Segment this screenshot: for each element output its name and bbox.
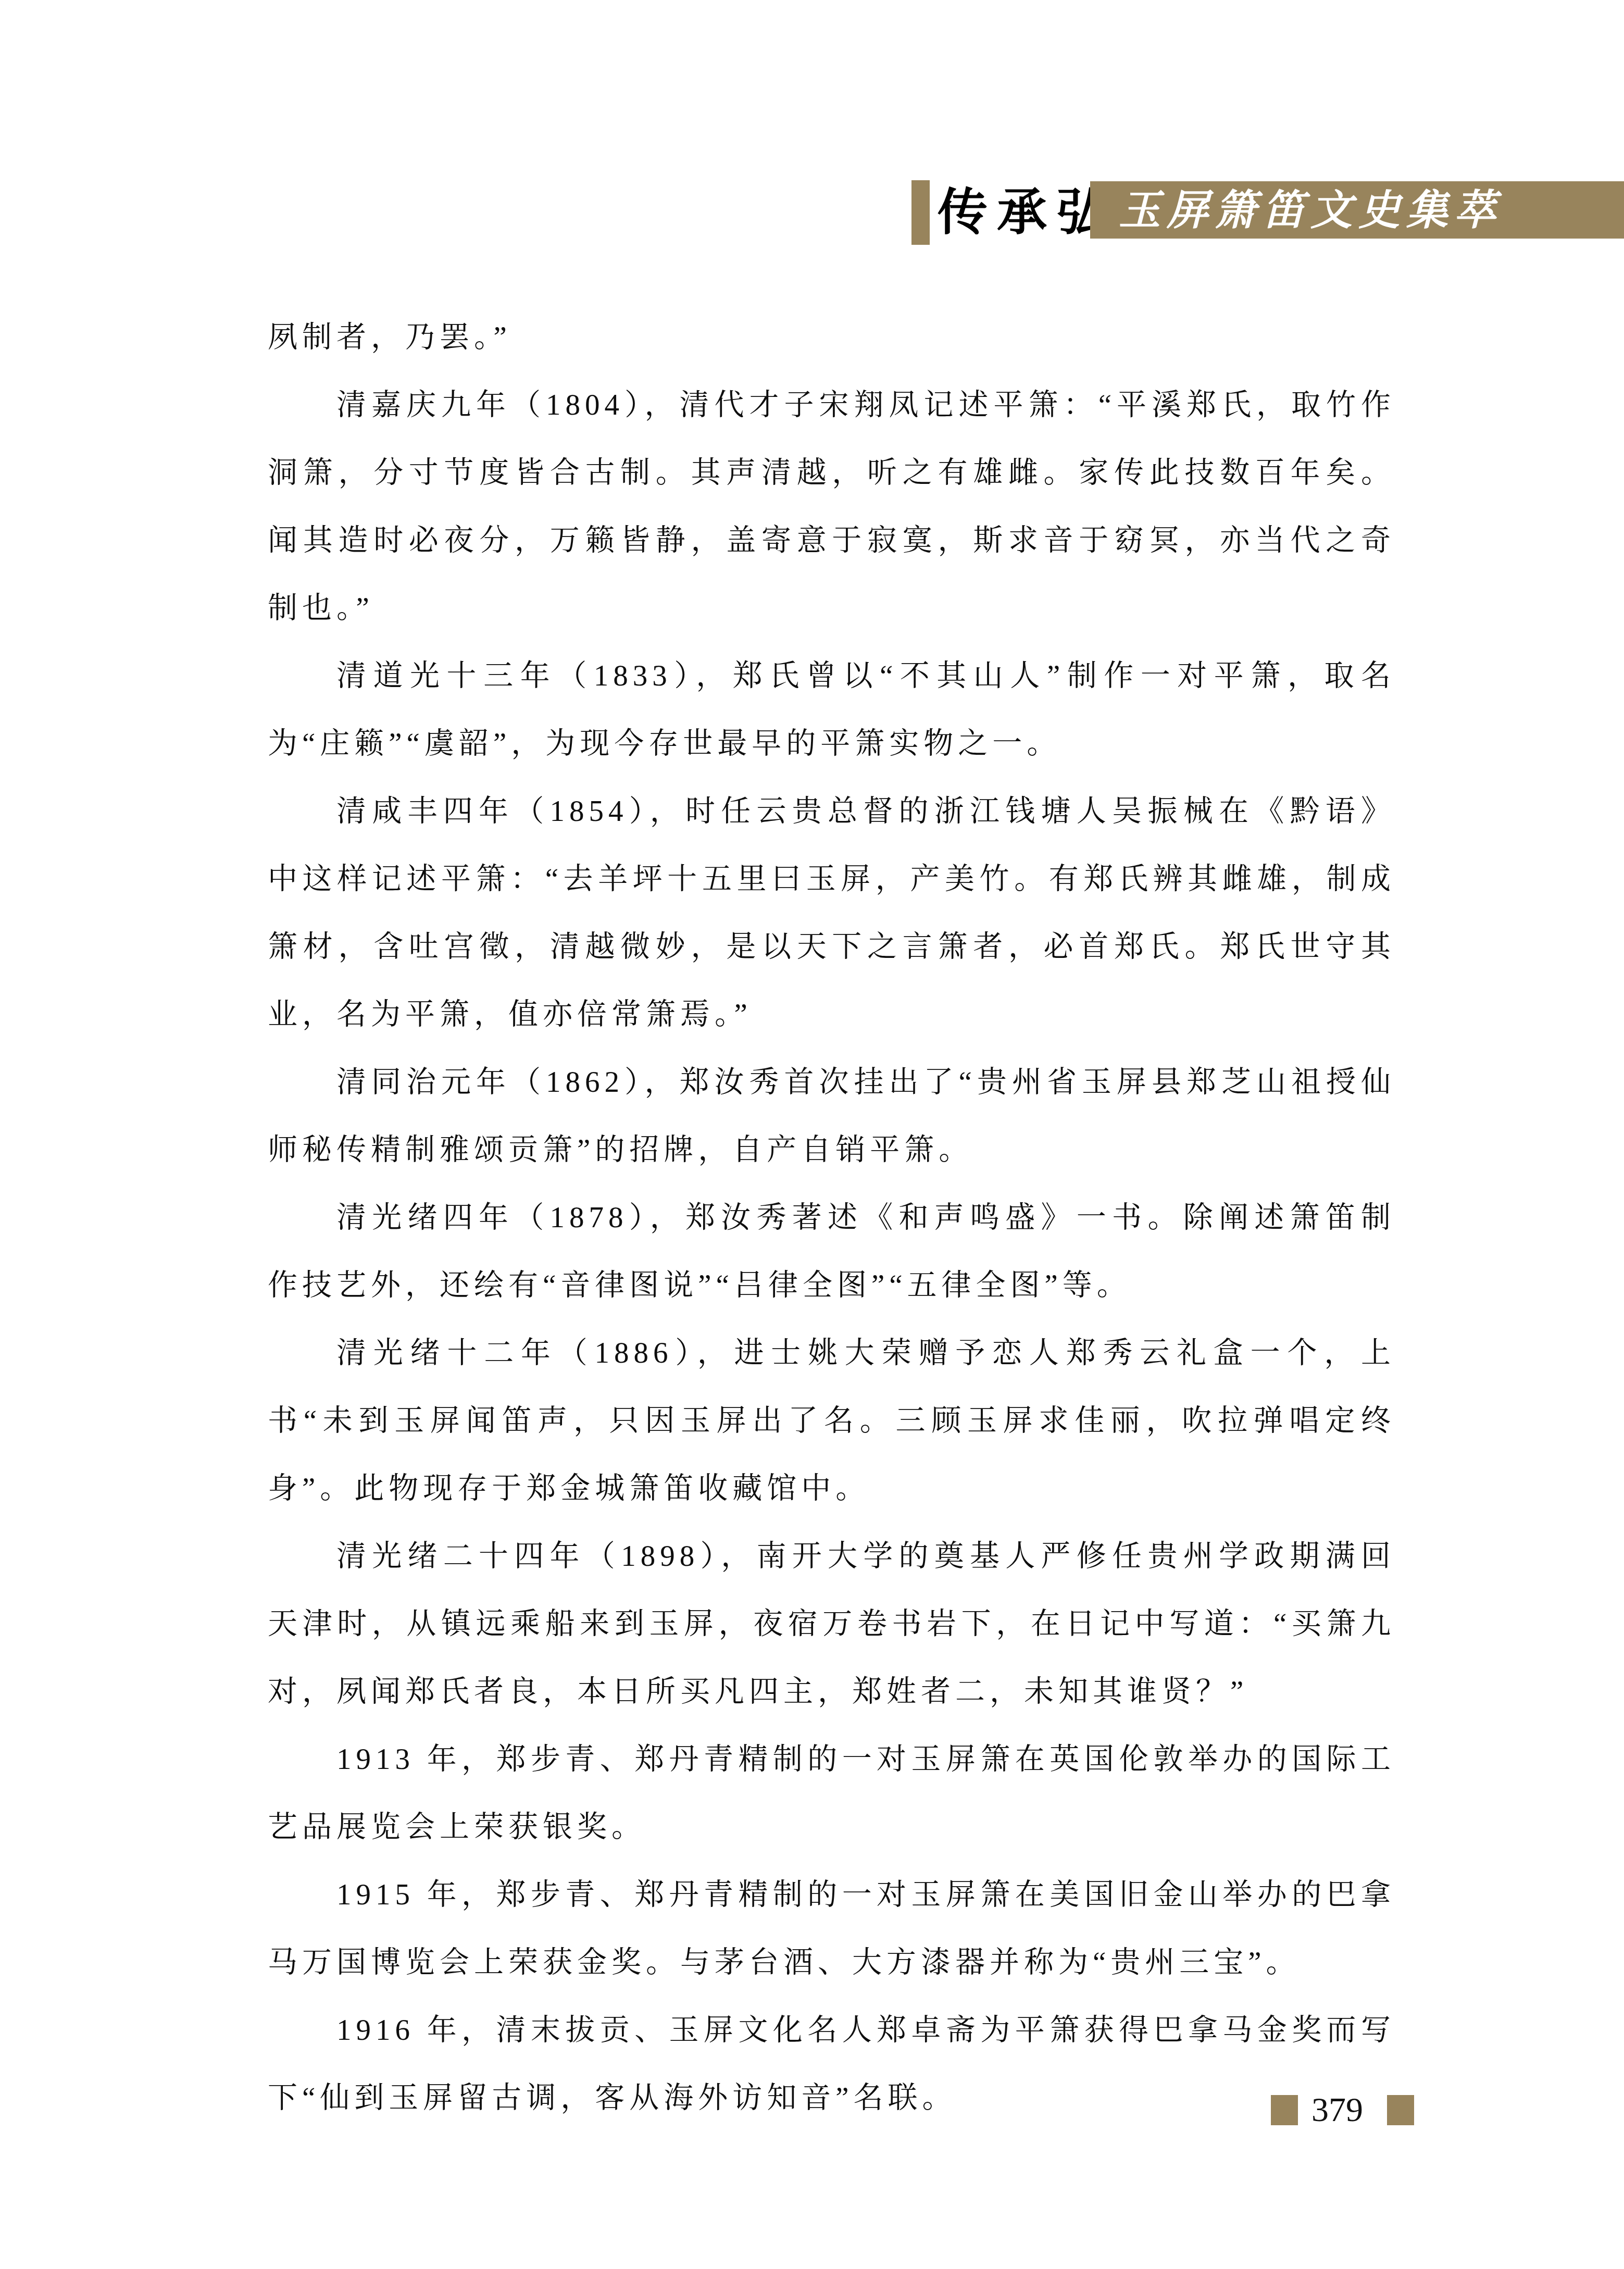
paragraph-1916: 1916 年，清末拔贡、玉屏文化名人郑卓斋为平箫获得巴拿马金奖而写下“仙到玉屏留… bbox=[268, 1997, 1395, 2132]
header-accent-bar bbox=[911, 180, 930, 245]
paragraph-1862: 清同治元年（1862），郑汝秀首次挂出了“贵州省玉屏县郑芝山祖授仙师秘传精制雅颂… bbox=[268, 1049, 1395, 1184]
footer-page-marker: 379 bbox=[1271, 2095, 1414, 2125]
paragraph-1886: 清光绪十二年（1886），进士姚大荣赠予恋人郑秀云礼盒一个，上书“未到玉屏闻笛声… bbox=[268, 1319, 1395, 1523]
page-marker-right-square bbox=[1387, 2095, 1414, 2125]
paragraph-1913: 1913 年，郑步青、郑丹青精制的一对玉屏箫在英国伦敦举办的国际工艺品展览会上荣… bbox=[268, 1726, 1395, 1861]
paragraph-1878: 清光绪四年（1878），郑汝秀著述《和声鸣盛》一书。除阐述箫笛制作技艺外，还绘有… bbox=[268, 1184, 1395, 1319]
paragraph-1804: 清嘉庆九年（1804），清代才子宋翔凤记述平箫：“平溪郑氏，取竹作洞箫，分寸节度… bbox=[268, 371, 1395, 642]
page-marker-left-square bbox=[1271, 2095, 1298, 2125]
page-number: 379 bbox=[1311, 2095, 1363, 2125]
paragraph-1915: 1915 年，郑步青、郑丹青精制的一对玉屏箫在美国旧金山举办的巴拿马万国博览会上… bbox=[268, 1861, 1395, 1997]
paragraph-1854: 清咸丰四年（1854），时任云贵总督的浙江钱塘人吴振械在《黔语》中这样记述平箫：… bbox=[268, 778, 1395, 1049]
paragraph-1833: 清道光十三年（1833），郑氏曾以“不其山人”制作一对平箫，取名为“庄籁”“虞韶… bbox=[268, 642, 1395, 778]
paragraph-1898: 清光绪二十四年（1898），南开大学的奠基人严修任贵州学政期满回天津时，从镇远乘… bbox=[268, 1523, 1395, 1726]
book-page: 传承弘扬 玉屏箫笛文史集萃 夙制者，乃罢。” 清嘉庆九年（1804），清代才子宋… bbox=[0, 0, 1624, 2269]
header-banner: 玉屏箫笛文史集萃 bbox=[1090, 181, 1624, 239]
paragraph-continuation: 夙制者，乃罢。” bbox=[268, 304, 1395, 371]
header-banner-calligraphy: 玉屏箫笛文史集萃 bbox=[1119, 176, 1502, 244]
body-text: 夙制者，乃罢。” 清嘉庆九年（1804），清代才子宋翔凤记述平箫：“平溪郑氏，取… bbox=[268, 304, 1395, 2132]
